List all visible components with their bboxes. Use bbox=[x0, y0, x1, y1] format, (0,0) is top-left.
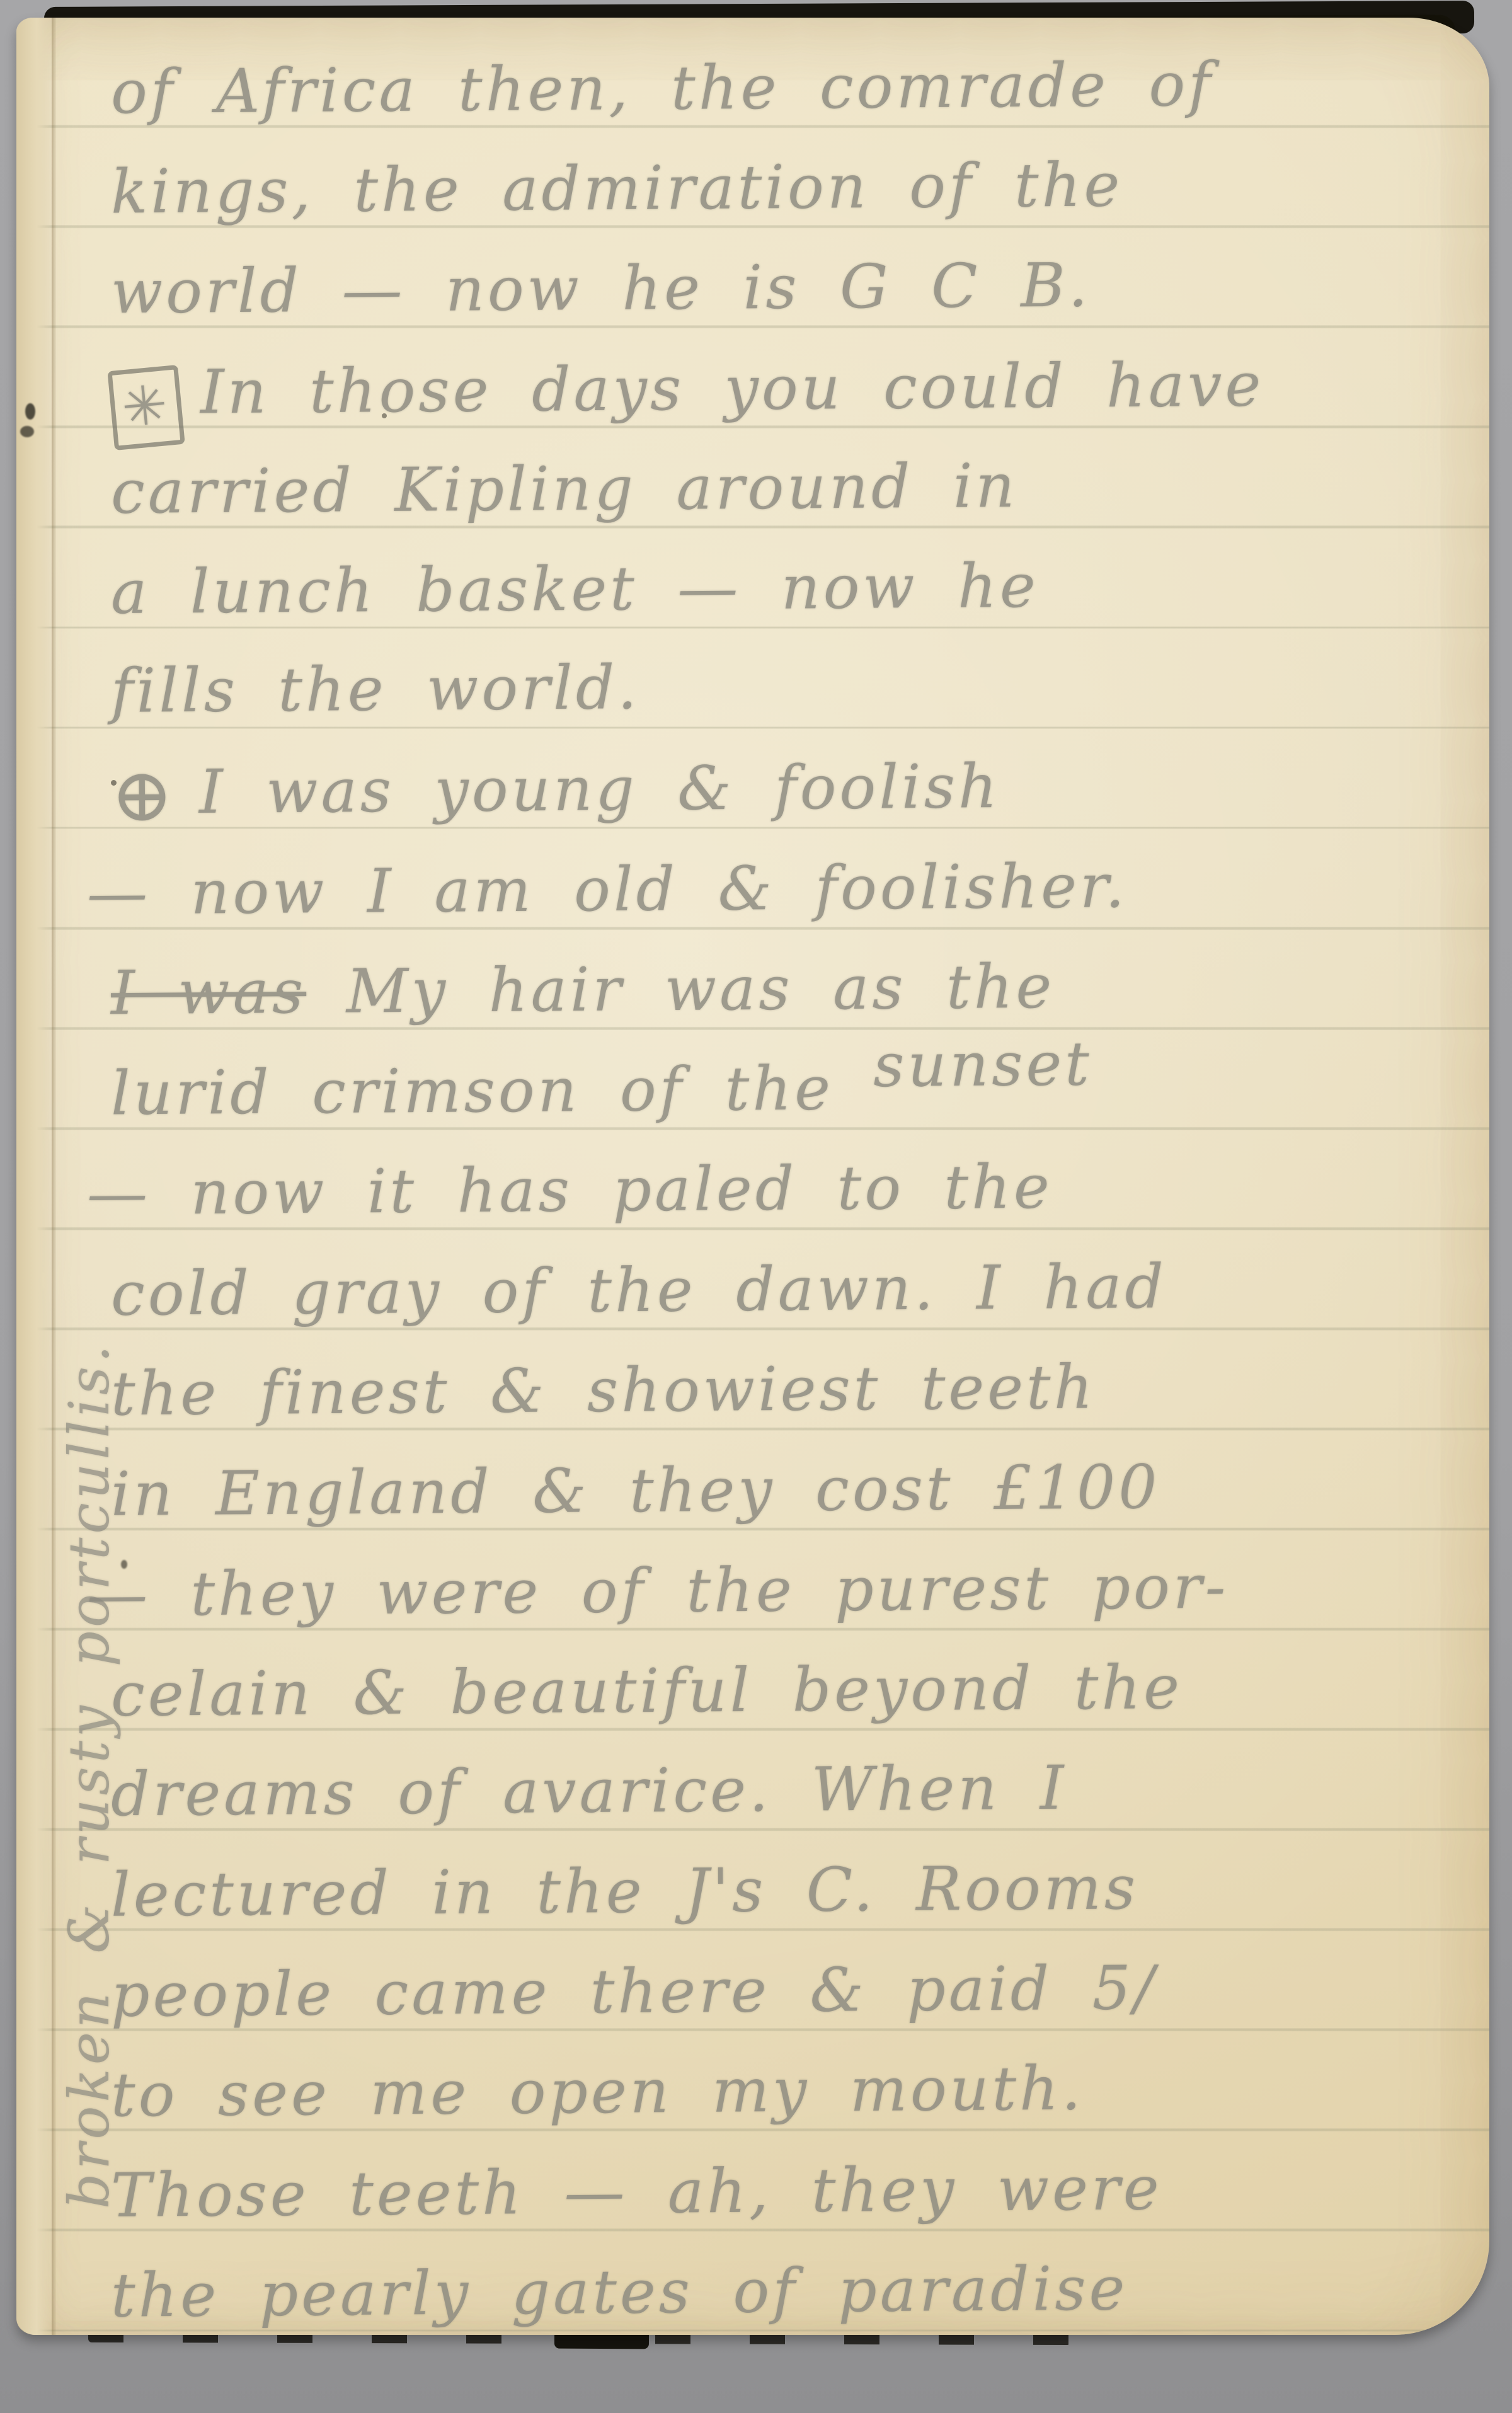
handwriting-segment: the finest & showiest teeth bbox=[111, 1352, 1096, 1430]
handwriting-segment: lectured in the J's C. Rooms bbox=[111, 1852, 1139, 1930]
handwriting-line: dreams of avarice. When I bbox=[111, 1753, 1067, 1830]
handwriting-segment: in England & they cost £100 bbox=[111, 1452, 1160, 1530]
handwriting-segment: — now I am old & foolisher. bbox=[87, 851, 1128, 929]
handwriting-line: kings, the admiration of the bbox=[111, 149, 1123, 227]
binding-crease bbox=[52, 18, 56, 2335]
handwriting-line: — now I am old & foolisher. bbox=[87, 851, 1128, 929]
handwriting-line: in England & they cost £100 bbox=[111, 1452, 1160, 1530]
handwriting-line: world — now he is G C B. bbox=[111, 250, 1091, 328]
scan-background: broken & rusty portcullis. of Africa the… bbox=[0, 0, 1512, 2413]
handwriting-segment: the pearly gates of paradise bbox=[111, 2253, 1128, 2330]
handwriting-line: I was My hair was as the bbox=[111, 951, 1055, 1028]
handwriting-segment: world — now he is G C B. bbox=[111, 250, 1091, 328]
handwriting-line: — they were of the purest por- bbox=[87, 1552, 1229, 1631]
handwriting-line: the pearly gates of paradise bbox=[111, 2253, 1128, 2330]
ink-speck bbox=[25, 403, 35, 420]
handwriting-line: of Africa then, the comrade of bbox=[111, 49, 1215, 127]
handwriting-line: people came there & paid 5/ bbox=[111, 1952, 1158, 2031]
handwriting-line: ✳In those days you could have bbox=[111, 350, 1264, 448]
handwriting-segment: to see me open my mouth. bbox=[111, 2053, 1084, 2131]
handwriting-segment: — they were of the purest por- bbox=[87, 1552, 1229, 1631]
handwriting-line: celain & beautiful beyond the bbox=[111, 1652, 1183, 1730]
ink-speck bbox=[20, 426, 34, 437]
handwriting-segment: — now it has paled to the bbox=[87, 1152, 1053, 1229]
handwriting-segment: of Africa then, the comrade of bbox=[111, 49, 1215, 127]
handwriting-line: — now it has paled to the bbox=[87, 1152, 1053, 1229]
handwriting-line: a lunch basket — now he bbox=[111, 551, 1039, 628]
handwriting-segment: celain & beautiful beyond the bbox=[111, 1652, 1183, 1730]
handwriting-line: to see me open my mouth. bbox=[111, 2053, 1084, 2131]
page-gutter bbox=[16, 18, 53, 2335]
handwriting-segment: sunset bbox=[873, 1029, 1092, 1101]
handwriting-line: Those teeth — ah, they were bbox=[111, 2153, 1162, 2231]
handwriting-segment: My hair was as the bbox=[306, 951, 1055, 1027]
handwriting-line: ⊕I was young & foolish bbox=[111, 751, 1001, 832]
handwriting-line: fills the world. bbox=[111, 652, 640, 726]
circled-plus-icon: ⊕ bbox=[111, 757, 177, 832]
handwriting-line: cold gray of the dawn. I had bbox=[111, 1251, 1167, 1329]
notebook-page: broken & rusty portcullis. of Africa the… bbox=[16, 18, 1489, 2335]
handwriting-segment: I was young & foolish bbox=[198, 751, 1000, 827]
handwriting-segment: In those days you could have bbox=[200, 350, 1264, 428]
handwriting-segment: Those teeth — ah, they were bbox=[111, 2153, 1162, 2231]
handwriting-segment: people came there & paid 5/ bbox=[111, 1952, 1158, 2031]
handwriting-segment: kings, the admiration of the bbox=[111, 149, 1123, 227]
handwriting-line: the finest & showiest teeth bbox=[111, 1352, 1096, 1430]
handwriting-segment: lurid crimson of the bbox=[111, 1053, 874, 1128]
boxed-star-icon: ✳ bbox=[107, 365, 185, 450]
handwriting-segment: dreams of avarice. When I bbox=[111, 1753, 1067, 1830]
handwriting-segment: I was bbox=[111, 956, 307, 1028]
handwriting-segment: fills the world. bbox=[111, 652, 640, 726]
handwriting-line: lurid crimson of the sunset bbox=[111, 1052, 1093, 1129]
handwriting-segment: a lunch basket — now he bbox=[111, 551, 1039, 628]
handwriting-segment: carried Kipling around in bbox=[111, 450, 1018, 527]
handwriting-segment: cold gray of the dawn. I had bbox=[111, 1251, 1167, 1329]
handwriting-line: lectured in the J's C. Rooms bbox=[111, 1852, 1139, 1930]
handwriting-line: carried Kipling around in bbox=[111, 450, 1018, 527]
